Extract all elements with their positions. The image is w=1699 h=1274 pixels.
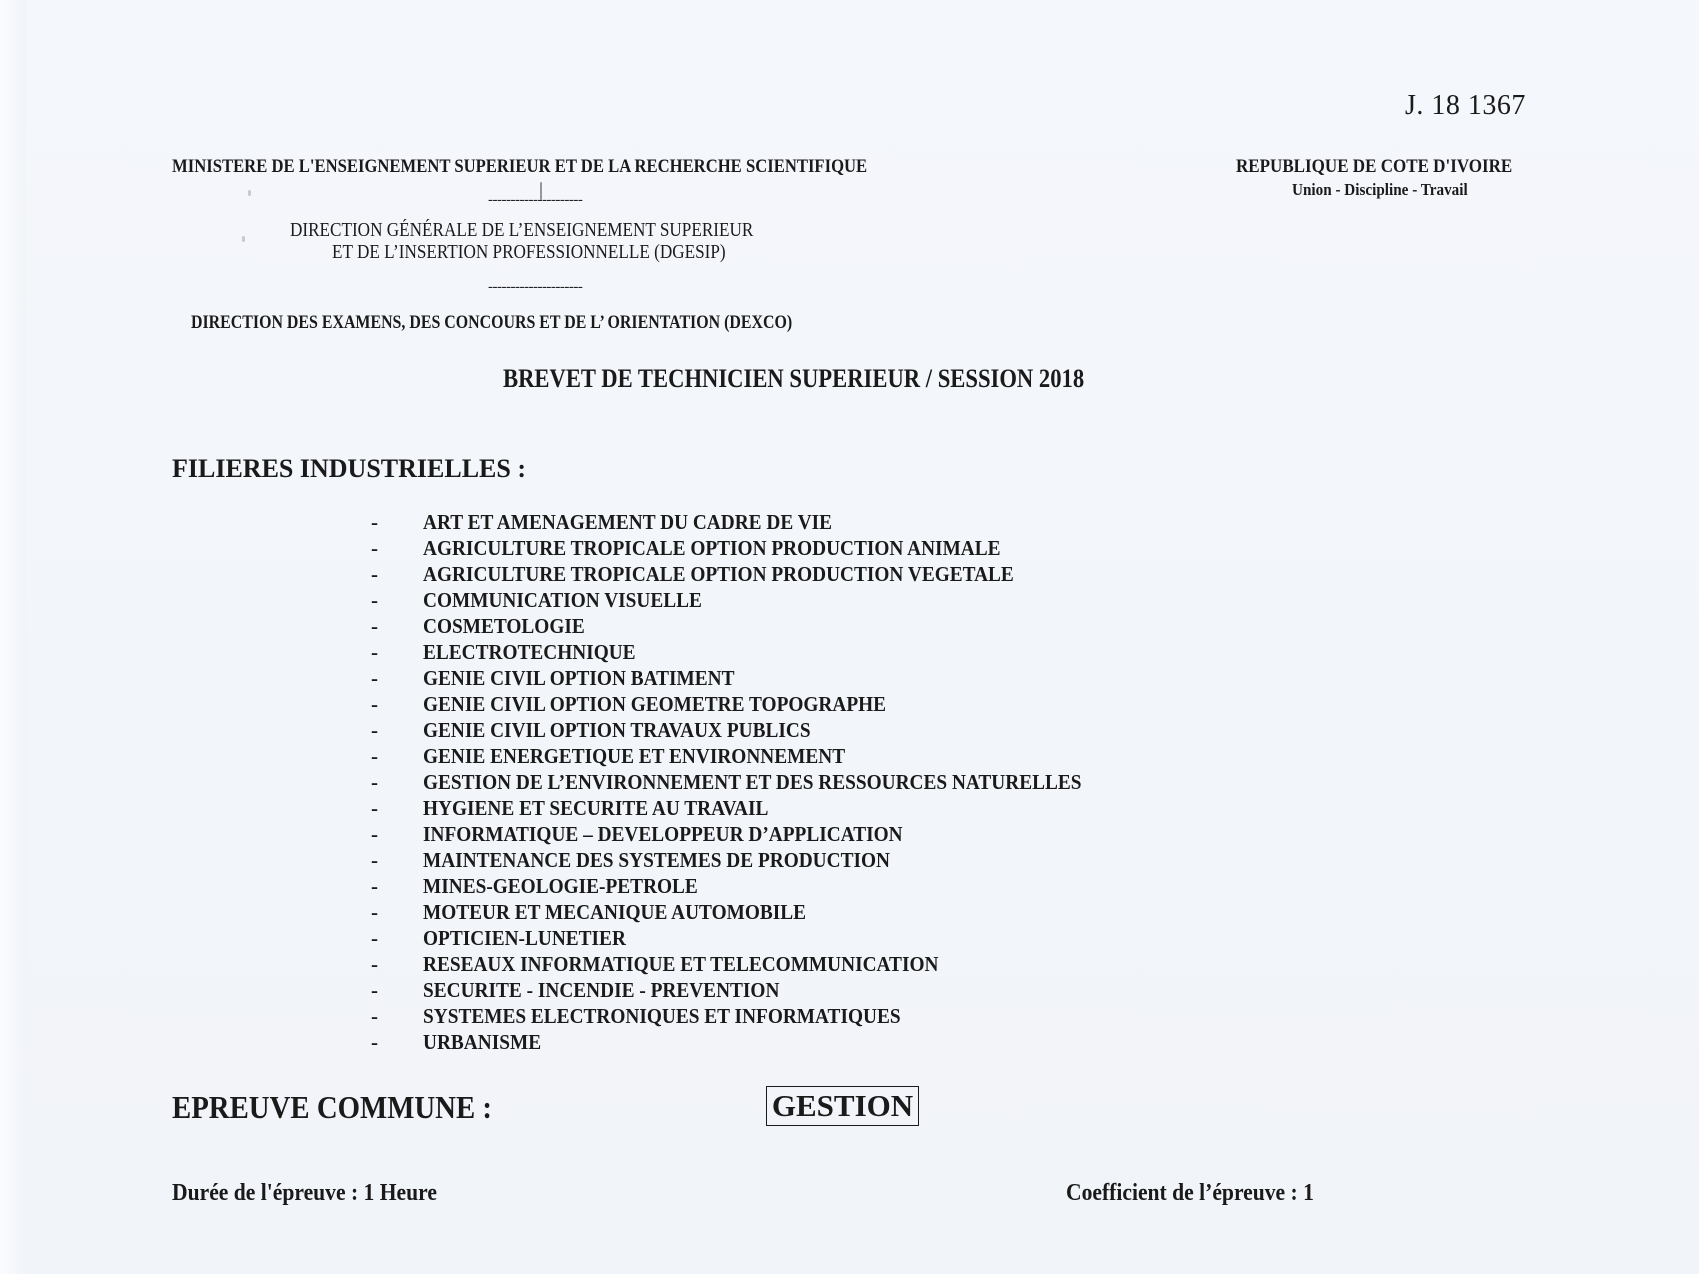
filiere-name: MAINTENANCE DES SYSTEMES DE PRODUCTION <box>423 848 890 873</box>
filiere-name: MINES-GEOLOGIE-PETROLE <box>423 874 698 899</box>
list-item: -COSMETOLOGIE <box>0 614 1300 640</box>
list-item: -INFORMATIQUE – DEVELOPPEUR D’APPLICATIO… <box>0 822 1300 848</box>
filiere-name: AGRICULTURE TROPICALE OPTION PRODUCTION … <box>423 536 1001 561</box>
dash-bullet-icon: - <box>371 614 378 639</box>
filiere-name: URBANISME <box>423 1030 541 1055</box>
list-item: -MAINTENANCE DES SYSTEMES DE PRODUCTION <box>0 848 1300 874</box>
exam-duration: Durée de l'épreuve : 1 Heure <box>172 1180 437 1207</box>
list-item: -GENIE CIVIL OPTION GEOMETRE TOPOGRAPHE <box>0 692 1300 718</box>
filiere-name: GENIE CIVIL OPTION GEOMETRE TOPOGRAPHE <box>423 692 886 717</box>
dash-bullet-icon: - <box>371 874 378 899</box>
dash-bullet-icon: - <box>371 666 378 691</box>
dash-bullet-icon: - <box>371 692 378 717</box>
dash-bullet-icon: - <box>371 510 378 535</box>
scan-speck <box>248 190 251 196</box>
filiere-name: COMMUNICATION VISUELLE <box>423 588 702 613</box>
filiere-name: OPTICIEN-LUNETIER <box>423 926 626 951</box>
dash-bullet-icon: - <box>371 926 378 951</box>
dash-bullet-icon: - <box>371 588 378 613</box>
list-item: -GESTION DE L’ENVIRONNEMENT ET DES RESSO… <box>0 770 1300 796</box>
separator-line: --------------------- <box>488 279 582 296</box>
dash-bullet-icon: - <box>371 848 378 873</box>
filiere-name: INFORMATIQUE – DEVELOPPEUR D’APPLICATION <box>423 822 903 847</box>
filiere-name: COSMETOLOGIE <box>423 614 585 639</box>
filiere-name: RESEAUX INFORMATIQUE ET TELECOMMUNICATIO… <box>423 952 938 977</box>
epreuve-label: EPREUVE COMMUNE : <box>172 1089 492 1126</box>
scan-speck <box>242 236 245 242</box>
list-item: -MINES-GEOLOGIE-PETROLE <box>0 874 1300 900</box>
scan-mark <box>540 182 542 200</box>
dash-bullet-icon: - <box>371 1030 378 1055</box>
list-item: -GENIE ENERGETIQUE ET ENVIRONNEMENT <box>0 744 1300 770</box>
country-motto: Union - Discipline - Travail <box>1292 180 1468 200</box>
dash-bullet-icon: - <box>371 900 378 925</box>
list-item: -AGRICULTURE TROPICALE OPTION PRODUCTION… <box>0 536 1300 562</box>
filiere-name: GENIE ENERGETIQUE ET ENVIRONNEMENT <box>423 744 845 769</box>
dash-bullet-icon: - <box>371 770 378 795</box>
list-item: -GENIE CIVIL OPTION BATIMENT <box>0 666 1300 692</box>
filiere-name: GENIE CIVIL OPTION BATIMENT <box>423 666 735 691</box>
dash-bullet-icon: - <box>371 1004 378 1029</box>
dash-bullet-icon: - <box>371 536 378 561</box>
section-heading: FILIERES INDUSTRIELLES : <box>172 454 526 484</box>
filiere-name: MOTEUR ET MECANIQUE AUTOMOBILE <box>423 900 806 925</box>
direction-generale-line1: DIRECTION GÉNÉRALE DE L’ENSEIGNEMENT SUP… <box>290 220 753 242</box>
filiere-name: SECURITE - INCENDIE - PREVENTION <box>423 978 779 1003</box>
exam-title: BREVET DE TECHNICIEN SUPERIEUR / SESSION… <box>503 364 1084 394</box>
exam-coefficient: Coefficient de l’épreuve : 1 <box>1066 1180 1314 1207</box>
dash-bullet-icon: - <box>371 952 378 977</box>
list-item: -AGRICULTURE TROPICALE OPTION PRODUCTION… <box>0 562 1300 588</box>
filiere-name: SYSTEMES ELECTRONIQUES ET INFORMATIQUES <box>423 1004 901 1029</box>
list-item: -ART ET AMENAGEMENT DU CADRE DE VIE <box>0 510 1300 536</box>
filiere-name: ELECTROTECHNIQUE <box>423 640 636 665</box>
list-item: -SYSTEMES ELECTRONIQUES ET INFORMATIQUES <box>0 1004 1300 1030</box>
filiere-name: GESTION DE L’ENVIRONNEMENT ET DES RESSOU… <box>423 770 1082 795</box>
list-item: -HYGIENE ET SECURITE AU TRAVAIL <box>0 796 1300 822</box>
list-item: -GENIE CIVIL OPTION TRAVAUX PUBLICS <box>0 718 1300 744</box>
dash-bullet-icon: - <box>371 822 378 847</box>
country-heading: REPUBLIQUE DE COTE D'IVOIRE <box>1236 157 1512 178</box>
separator-line: --------------------- <box>488 192 582 209</box>
dash-bullet-icon: - <box>371 640 378 665</box>
dash-bullet-icon: - <box>371 562 378 587</box>
direction-examens-heading: DIRECTION DES EXAMENS, DES CONCOURS ET D… <box>191 313 792 334</box>
list-item: -SECURITE - INCENDIE - PREVENTION <box>0 978 1300 1004</box>
list-item: -RESEAUX INFORMATIQUE ET TELECOMMUNICATI… <box>0 952 1300 978</box>
list-item: -MOTEUR ET MECANIQUE AUTOMOBILE <box>0 900 1300 926</box>
scanned-page: J. 18 1367 MINISTERE DE L'ENSEIGNEMENT S… <box>0 0 1699 1274</box>
document-reference: J. 18 1367 <box>1405 90 1526 122</box>
epreuve-subject-box: GESTION <box>766 1086 919 1126</box>
direction-generale-line2: ET DE L’INSERTION PROFESSIONNELLE (DGESI… <box>332 242 726 264</box>
dash-bullet-icon: - <box>371 744 378 769</box>
list-item: -ELECTROTECHNIQUE <box>0 640 1300 666</box>
filiere-name: HYGIENE ET SECURITE AU TRAVAIL <box>423 796 768 821</box>
filiere-name: ART ET AMENAGEMENT DU CADRE DE VIE <box>423 510 832 535</box>
list-item: -URBANISME <box>0 1030 1300 1056</box>
dash-bullet-icon: - <box>371 978 378 1003</box>
ministry-heading: MINISTERE DE L'ENSEIGNEMENT SUPERIEUR ET… <box>172 157 867 178</box>
filiere-name: GENIE CIVIL OPTION TRAVAUX PUBLICS <box>423 718 811 743</box>
list-item: -COMMUNICATION VISUELLE <box>0 588 1300 614</box>
list-item: -OPTICIEN-LUNETIER <box>0 926 1300 952</box>
dash-bullet-icon: - <box>371 796 378 821</box>
dash-bullet-icon: - <box>371 718 378 743</box>
filiere-name: AGRICULTURE TROPICALE OPTION PRODUCTION … <box>423 562 1014 587</box>
filiere-list: -ART ET AMENAGEMENT DU CADRE DE VIE-AGRI… <box>0 510 1300 1056</box>
